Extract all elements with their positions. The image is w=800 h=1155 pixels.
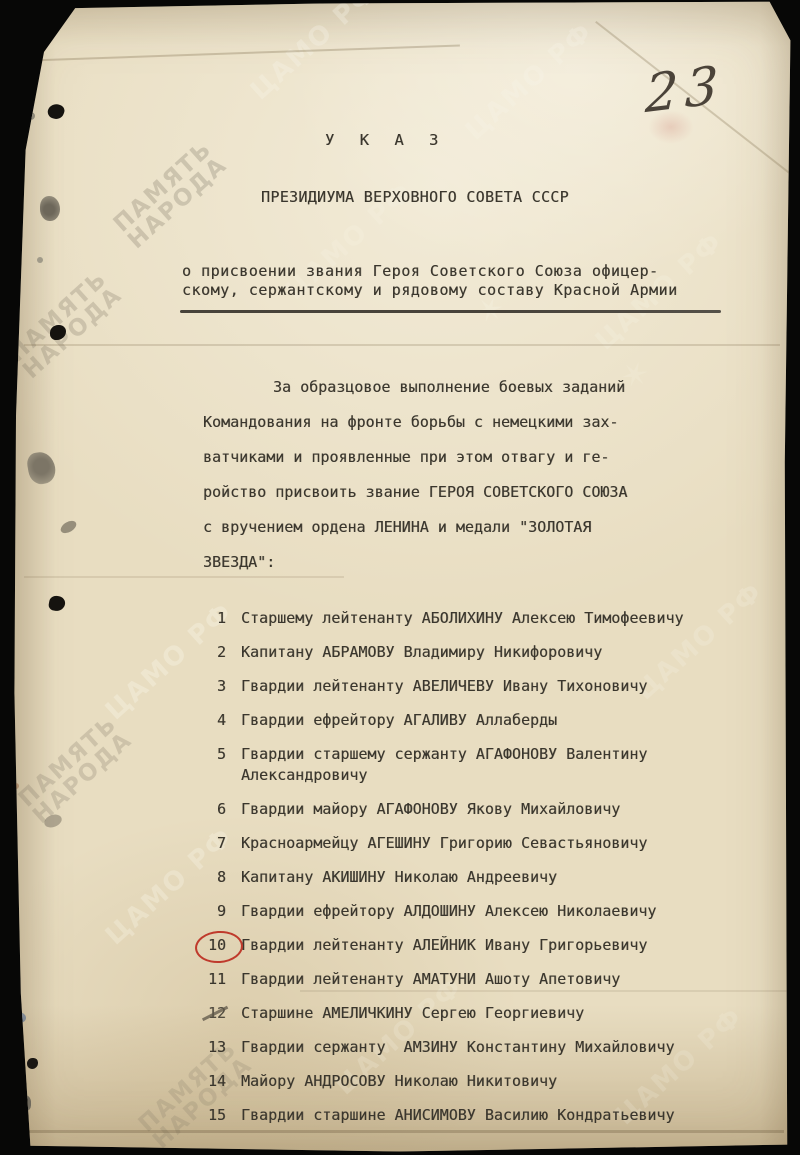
- body-line: ройство присвоить звание ГЕРОЯ СОВЕТСКОГ…: [203, 475, 683, 510]
- recipient-name: Гвардии майору АГАФОНОВУ Якову Михайлови…: [241, 799, 706, 820]
- recipient-name: Гвардии лейтенанту АЛЕЙНИК Ивану Григорь…: [241, 935, 706, 956]
- recipient-row: 15 Гвардии старшине АНИСИМОВУ Василию Ко…: [202, 1105, 707, 1126]
- paper-tear: [42, 812, 63, 829]
- watermark-line: НАРОДА: [20, 284, 127, 383]
- recipient-name: Капитану АБРАМОВУ Владимиру Никифоровичу: [241, 642, 706, 663]
- paper-tear: [37, 257, 43, 263]
- recipient-row: 11 Гвардии лейтенанту АМАТУНИ Ашоту Апет…: [202, 969, 707, 990]
- body-line: ЗВЕЗДА":: [203, 545, 683, 580]
- recipient-name: Старшему лейтенанту АБОЛИХИНУ Алексею Ти…: [241, 608, 706, 629]
- scan-background: ЦАМО РФ ЦАМО РФ ПАМЯТЬ НАРОДА ЦАМО РФ ПА…: [0, 0, 800, 1155]
- recipient-name: Гвардии лейтенанту АВЕЛИЧЕВУ Ивану Тихон…: [241, 676, 706, 697]
- recipient-number-struck: 12: [202, 1003, 226, 1024]
- underline-rule: [180, 310, 721, 313]
- body-line: Командования на фронте борьбы с немецким…: [203, 405, 683, 440]
- recipient-number: 6: [202, 799, 226, 820]
- recipient-number: 13: [202, 1037, 226, 1058]
- recipient-row: 1 Старшему лейтенанту АБОЛИХИНУ Алексею …: [202, 608, 707, 629]
- punch-hole: [46, 102, 66, 122]
- memory-of-people-watermark: ПАМЯТЬ НАРОДА: [5, 268, 126, 383]
- recipient-row: 7 Красноармейцу АГЕШИНУ Григорию Севасть…: [202, 833, 707, 854]
- document-page: ЦАМО РФ ЦАМО РФ ПАМЯТЬ НАРОДА ЦАМО РФ ПА…: [0, 0, 800, 1155]
- recipient-row: 9 Гвардии ефрейтору АЛДОШИНУ Алексею Ник…: [202, 901, 707, 922]
- decree-title: У К А З: [325, 131, 446, 149]
- recipient-number: 7: [202, 833, 226, 854]
- recipient-row: 4 Гвардии ефрейтору АГАЛИВУ Аллаберды: [202, 710, 707, 731]
- archive-watermark: ЦАМО РФ: [245, 0, 384, 106]
- recipient-number: 11: [202, 969, 226, 990]
- recipient-name: Красноармейцу АГЕШИНУ Григорию Севастьян…: [241, 833, 706, 854]
- recipient-name: Гвардии сержанту АМЗИНУ Константину Миха…: [241, 1037, 706, 1058]
- paper-stain: [13, 783, 19, 789]
- recipient-number: 1: [202, 608, 226, 629]
- issuing-body-line: ПРЕЗИДИУМА ВЕРХОВНОГО СОВЕТА СССР: [180, 188, 650, 206]
- punch-hole: [50, 325, 66, 340]
- paper-tear: [25, 450, 57, 486]
- recipient-number: 2: [202, 642, 226, 663]
- recipient-row: 6 Гвардии майору АГАФОНОВУ Якову Михайло…: [202, 799, 707, 820]
- paper-crease: [24, 344, 780, 346]
- recipient-name: Гвардии лейтенанту АМАТУНИ Ашоту Апетови…: [241, 969, 706, 990]
- recipient-row: 14 Майору АНДРОСОВУ Николаю Никитовичу: [202, 1071, 707, 1092]
- recipient-name: Гвардии ефрейтору АГАЛИВУ Аллаберды: [241, 710, 706, 731]
- decree-body: За образцовое выполнение боевых заданий …: [203, 370, 683, 580]
- recipient-row: 3 Гвардии лейтенанту АВЕЛИЧЕВУ Ивану Тих…: [202, 676, 707, 697]
- recipient-name: Капитану АКИШИНУ Николаю Андреевичу: [241, 867, 706, 888]
- watermark-line: ПАМЯТЬ: [15, 713, 122, 812]
- punch-hole: [27, 1058, 38, 1069]
- recipient-row: 5 Гвардии старшему сержанту АГАФОНОВУ Ва…: [202, 744, 707, 786]
- subject-line: скому, сержантскому и рядовому составу К…: [182, 281, 722, 300]
- watermark-line: ПАМЯТЬ: [5, 268, 112, 367]
- memory-of-people-watermark: ПАМЯТЬ НАРОДА: [15, 713, 136, 828]
- recipient-number: 5: [202, 744, 226, 786]
- recipient-number: 15: [202, 1105, 226, 1126]
- paper-tear: [18, 1095, 31, 1111]
- body-line: с вручением ордена ЛЕНИНА и медали "ЗОЛО…: [203, 510, 683, 545]
- paper-crease: [30, 44, 460, 61]
- archive-watermark: ЦАМО РФ: [460, 17, 599, 146]
- page-number-handwritten: 23: [644, 55, 726, 125]
- recipient-row-struck: 12 Старшине АМЕЛИЧКИНУ Сергею Георгиевич…: [202, 1003, 707, 1024]
- recipient-number: 14: [202, 1071, 226, 1092]
- recipient-number: 9: [202, 901, 226, 922]
- recipient-row: 8 Капитану АКИШИНУ Николаю Андреевичу: [202, 867, 707, 888]
- recipient-number: 4: [202, 710, 226, 731]
- recipient-number: 10: [202, 935, 226, 956]
- punch-hole: [48, 595, 66, 613]
- watermark-line: НАРОДА: [30, 729, 137, 828]
- subject-line: о присвоении звания Героя Советского Сою…: [182, 262, 722, 281]
- recipient-row-circled: 10 Гвардии лейтенанту АЛЕЙНИК Ивану Григ…: [202, 935, 707, 956]
- paper-tear: [26, 112, 35, 120]
- body-line: За образцовое выполнение боевых заданий: [203, 370, 683, 405]
- recipient-number: 3: [202, 676, 226, 697]
- body-line: ватчиками и проявленные при этом отвагу …: [203, 440, 683, 475]
- recipient-row: 2 Капитану АБРАМОВУ Владимиру Никифорови…: [202, 642, 707, 663]
- recipient-name: Старшине АМЕЛИЧКИНУ Сергею Георгиевичу: [241, 1003, 706, 1024]
- recipient-name: Майору АНДРОСОВУ Николаю Никитовичу: [241, 1071, 706, 1092]
- recipients-list: 1 Старшему лейтенанту АБОЛИХИНУ Алексею …: [202, 608, 707, 1139]
- recipient-name: Гвардии старшему сержанту АГАФОНОВУ Вале…: [241, 744, 706, 786]
- paper-tear: [12, 1012, 26, 1023]
- paper-tear: [40, 196, 60, 221]
- decree-subject: о присвоении звания Героя Советского Сою…: [182, 262, 722, 299]
- recipient-name: Гвардии ефрейтору АЛДОШИНУ Алексею Никол…: [241, 901, 706, 922]
- recipient-number: 8: [202, 867, 226, 888]
- recipient-row: 13 Гвардии сержанту АМЗИНУ Константину М…: [202, 1037, 707, 1058]
- recipient-name: Гвардии старшине АНИСИМОВУ Василию Кондр…: [241, 1105, 706, 1126]
- paper-tear: [59, 518, 79, 535]
